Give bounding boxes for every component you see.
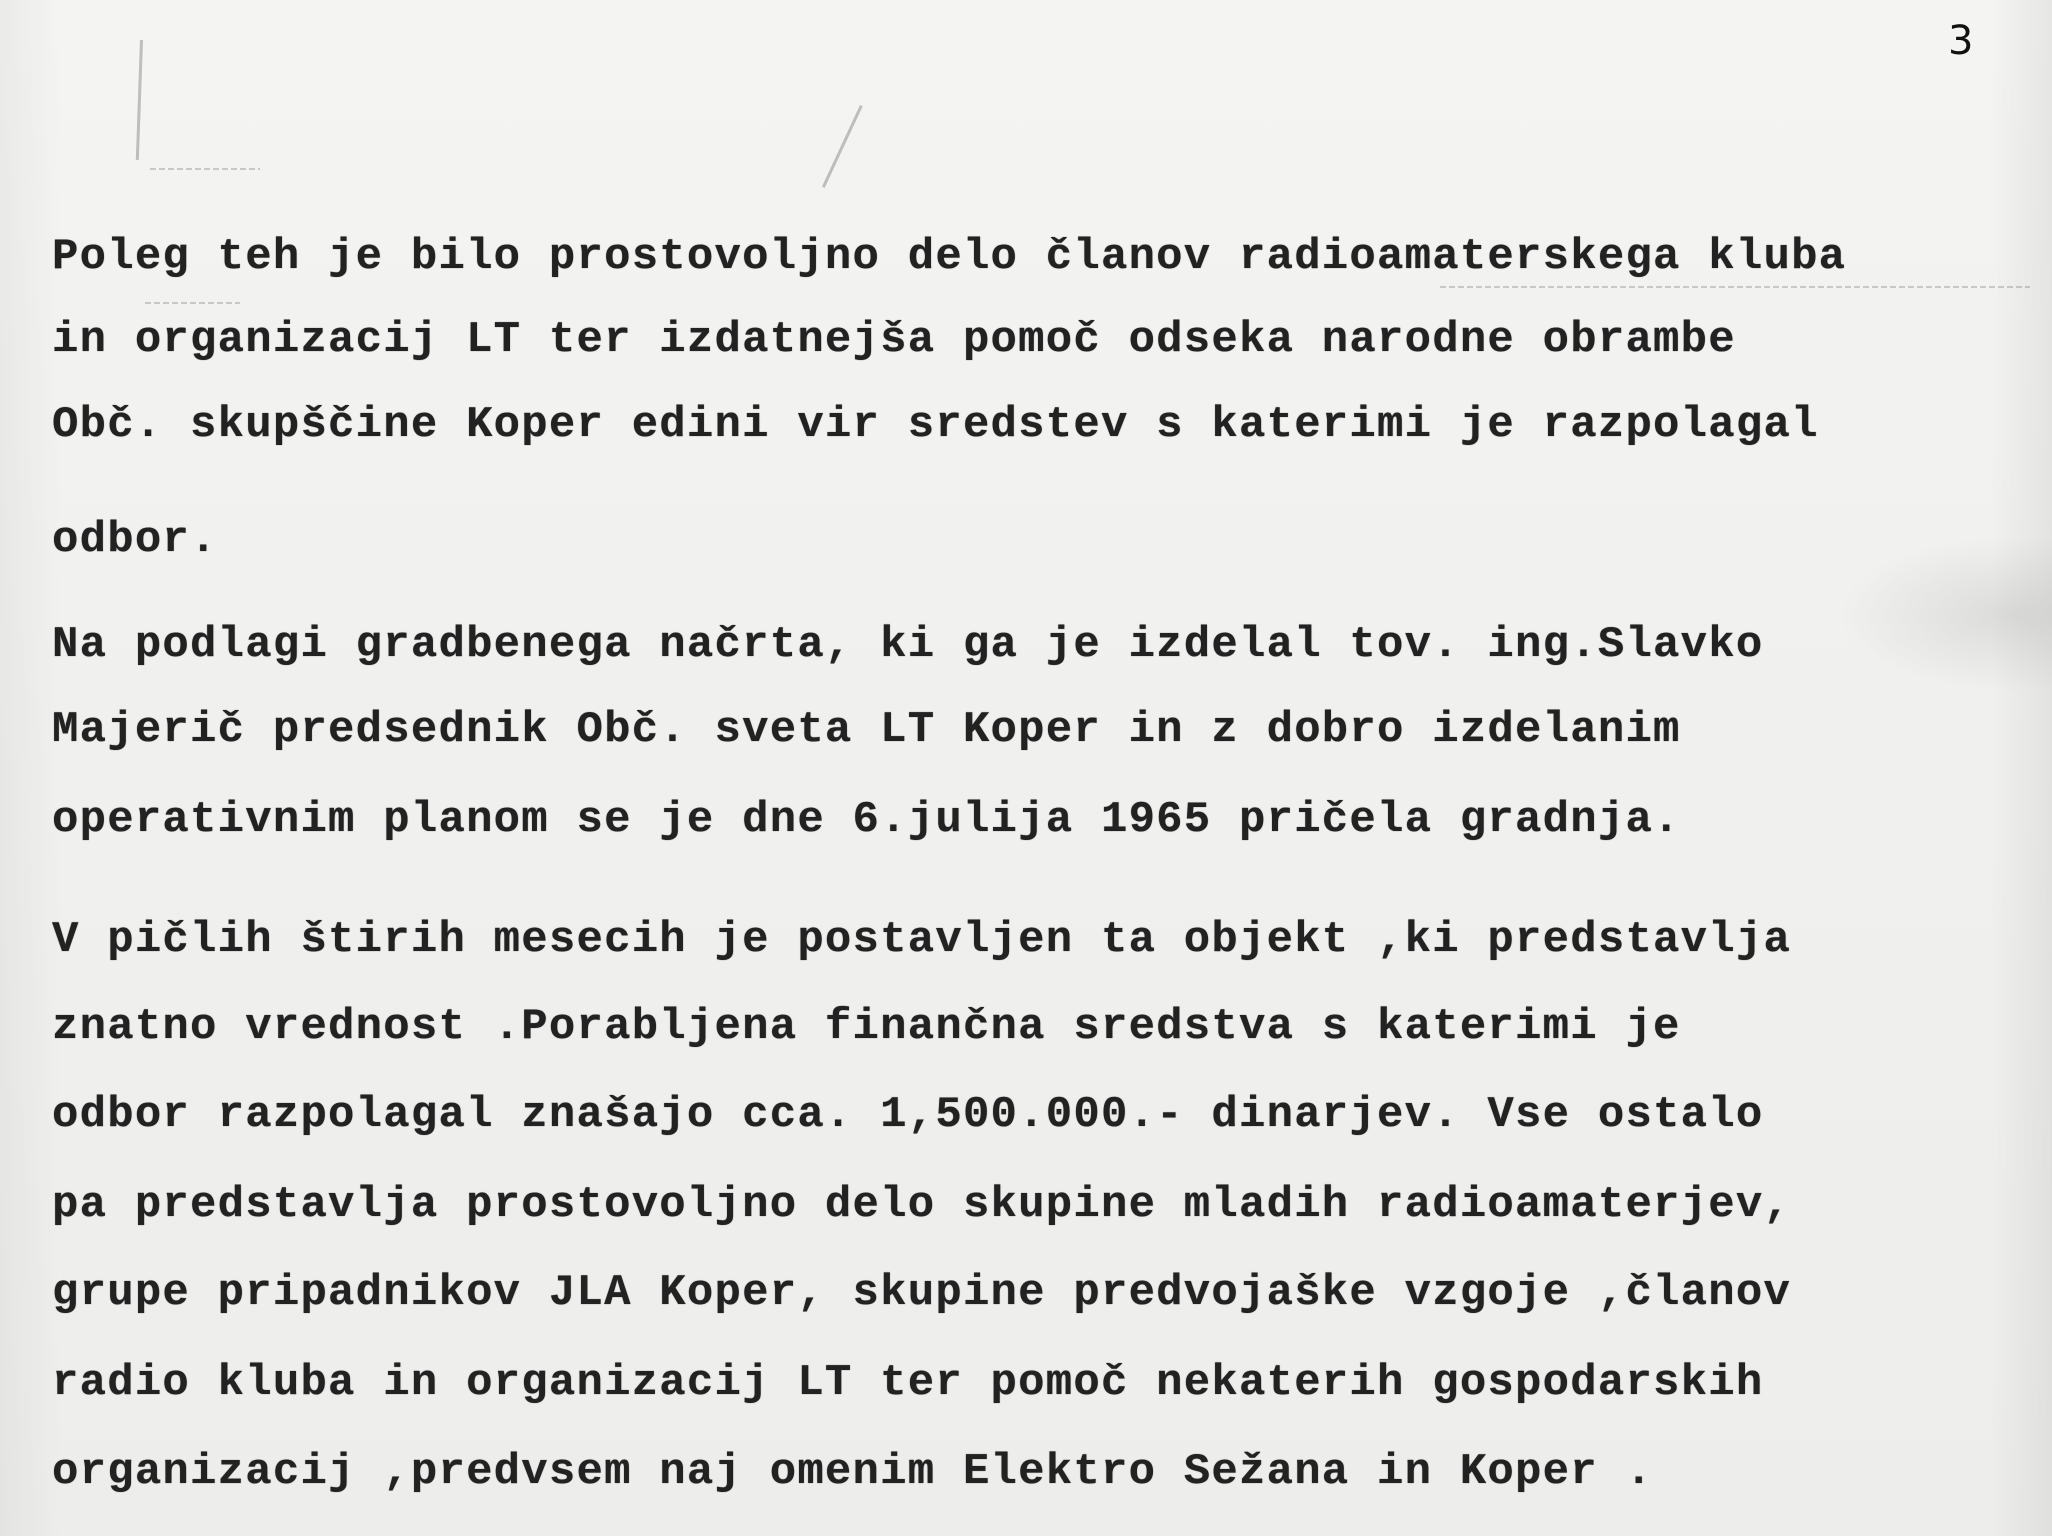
text-line: in organizacij LT ter izdatnejša pomoč o… [52, 315, 1736, 365]
text-line: Na podlagi gradbenega načrta, ki ga je i… [52, 620, 1763, 670]
pencil-mark [136, 40, 143, 160]
text-line: operativnim planom se je dne 6.julija 19… [52, 795, 1681, 845]
text-line: odbor razpolagal znašajo cca. 1,500.000.… [52, 1090, 1763, 1140]
page-number: 3 [1948, 18, 1973, 64]
text-line: znatno vrednost .Porabljena finančna sre… [52, 1002, 1681, 1052]
text-line: grupe pripadnikov JLA Koper, skupine pre… [52, 1268, 1791, 1318]
faint-rule [145, 302, 240, 304]
text-line: odbor. [52, 515, 218, 565]
text-line: pa predstavlja prostovoljno delo skupine… [52, 1180, 1791, 1230]
text-line: V pičlih štirih mesecih je postavljen ta… [52, 915, 1791, 965]
text-line: Poleg teh je bilo prostovoljno delo član… [52, 232, 1846, 282]
text-line: organizacij ,predvsem naj omenim Elektro… [52, 1447, 1653, 1497]
faint-rule [150, 168, 260, 170]
text-line: Obč. skupščine Koper edini vir sredstev … [52, 400, 1819, 450]
text-line: Majerič predsednik Obč. sveta LT Koper i… [52, 705, 1681, 755]
faint-rule [1440, 286, 2030, 288]
text-line: radio kluba in organizacij LT ter pomoč … [52, 1358, 1763, 1408]
pencil-mark [822, 105, 863, 188]
scanned-page: 3 Poleg teh je bilo prostovoljno delo čl… [0, 0, 2052, 1536]
